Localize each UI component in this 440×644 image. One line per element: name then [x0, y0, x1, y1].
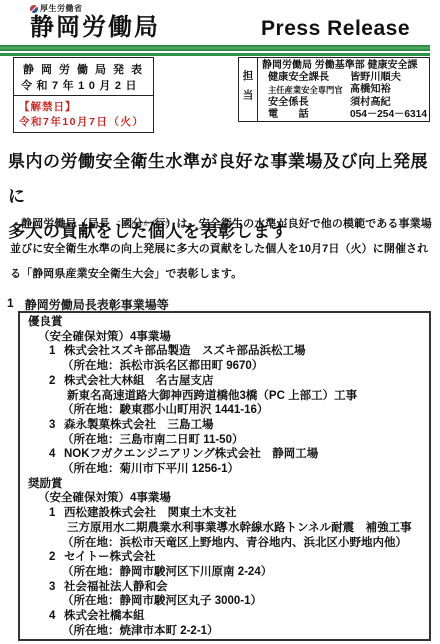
awards-box: 優良賞 （安全確保対策）4事業場 1 株式会社スズキ部品製造 スズキ部品浜松工場… — [18, 311, 431, 641]
entry-address: （所在地：三島市南二日町 11-50） — [28, 433, 429, 448]
award-group-title: 優良賞 — [28, 315, 429, 330]
ministry-name: 厚生労働省 — [40, 3, 83, 14]
contact-name: 髙橋知裕 — [350, 84, 391, 96]
contact-role-label: 担当 — [240, 70, 255, 109]
award-category: （安全確保対策）4事業場 — [28, 491, 429, 506]
green-divider-thin — [0, 53, 430, 56]
embargo-date: 令和7年10月7日（火） — [19, 114, 148, 129]
contact-row: 健康安全課長 皆野川順夫 — [262, 72, 427, 84]
press-release-page: 厚生労働省 静岡労働局 Press Release 静岡労働局発表 令和7年10… — [0, 0, 440, 644]
announce-box: 静岡労働局発表 令和7年10月2日 — [13, 57, 154, 96]
press-release-title: Press Release — [261, 17, 410, 41]
award-entry: 4 株式会社橋本組 — [28, 609, 429, 624]
entry-address: （所在地：浜松市天竜区上野地内、青谷地内、浜北区小野地内他） — [28, 536, 429, 551]
entry-name: 株式会社橋本組 — [64, 609, 145, 624]
mhlw-logo-icon — [30, 5, 38, 13]
contact-phone-label: 電 話 — [268, 109, 350, 121]
entry-number: 2 — [49, 374, 64, 389]
entry-address: （所在地：静岡市駿河区下川原南 2-24） — [28, 565, 429, 580]
contact-row: 主任産業安全専門官 髙橋知裕 — [262, 84, 427, 96]
contact-box: 担当 静岡労働局 労働基準部 健康安全課 健康安全課長 皆野川順夫 主任産業安全… — [238, 57, 430, 122]
entry-project: 新東名高速道路大御神西跨道橋他3橋（PC 上部工）工事 — [28, 389, 429, 404]
announce-date: 令和7年10月2日 — [19, 77, 148, 93]
contact-row: 安全係長 須村高紀 — [262, 97, 427, 109]
entry-number: 3 — [49, 580, 64, 595]
embargo-label: 【解禁日】 — [19, 99, 148, 114]
announcement-block: 静岡労働局発表 令和7年10月2日 【解禁日】 令和7年10月7日（火） — [13, 57, 154, 133]
contact-title: 安全係長 — [268, 97, 350, 109]
ministry-label: 厚生労働省 — [30, 3, 160, 14]
contact-name: 須村高紀 — [350, 97, 391, 109]
bureau-title: 静岡労働局 — [30, 15, 160, 41]
award-entry: 2 株式会社大林組 名古屋支店 — [28, 374, 429, 389]
contact-name: 皆野川順夫 — [350, 72, 401, 84]
entry-address: （所在地：焼津市本町 2-2-1） — [28, 624, 429, 639]
award-category: （安全確保対策）4事業場 — [28, 330, 429, 345]
contact-row: 電 話 054－254－6314 — [262, 109, 427, 121]
director-name-furigana: こくぶんかずゆき — [115, 211, 171, 236]
entry-number: 4 — [49, 609, 64, 624]
entry-number: 4 — [49, 447, 64, 462]
entry-name: 株式会社大林組 名古屋支店 — [64, 374, 214, 389]
contact-phone-number: 054－254－6314 — [350, 109, 427, 121]
entry-name: 社会福祉法人静和会 — [64, 580, 168, 595]
page-title-line1: 県内の労働安全衛生水準が良好な事業場及び向上発展に — [8, 144, 438, 214]
entry-address: （所在地：菊川市下平川 1256-1） — [28, 462, 429, 477]
entry-address: （所在地：駿東郡小山町用沢 1441-16） — [28, 403, 429, 418]
award-entry: 4 NOKフガクエンジニアリング株式会社 静岡工場 — [28, 447, 429, 462]
entry-number: 2 — [49, 550, 64, 565]
entry-name: NOKフガクエンジニアリング株式会社 静岡工場 — [64, 447, 318, 462]
section-number: 1 — [7, 296, 14, 313]
entry-address: （所在地：静岡市駿河区丸子 3000-1） — [28, 594, 429, 609]
entry-number: 1 — [49, 506, 64, 521]
contact-title: 健康安全課長 — [268, 72, 350, 84]
entry-project: 三方原用水二期農業水利事業導水幹線水路トンネル耐震 補強工事 — [28, 521, 429, 536]
award-entry: 2 セイトー株式会社 — [28, 550, 429, 565]
body-text-before: 静岡労働局（局長 — [10, 218, 121, 230]
entry-name: 森永製菓株式会社 三島工場 — [64, 418, 214, 433]
entry-name: 西松建設株式会社 関東土木支社 — [64, 506, 237, 521]
contact-details: 静岡労働局 労働基準部 健康安全課 健康安全課長 皆野川順夫 主任産業安全専門官… — [258, 58, 429, 121]
award-group-title: 奨励賞 — [28, 477, 429, 492]
embargo-box: 【解禁日】 令和7年10月7日（火） — [13, 96, 154, 133]
contact-title: 主任産業安全専門官 — [268, 84, 350, 96]
award-entry: 3 社会福祉法人静和会 — [28, 580, 429, 595]
award-entry: 1 西松建設株式会社 関東土木支社 — [28, 506, 429, 521]
entry-number: 3 — [49, 418, 64, 433]
contact-role-cell: 担当 — [239, 58, 258, 121]
contact-department: 静岡労働局 労働基準部 健康安全課 — [262, 60, 427, 72]
entry-name: セイトー株式会社 — [64, 550, 156, 565]
green-divider — [0, 45, 430, 56]
body-paragraph: 静岡労働局（局長 こくぶんかずゆき國分一行）は、安全衛生の水準が良好で他の模範で… — [10, 212, 434, 287]
award-entry: 1 株式会社スズキ部品製造 スズキ部品浜松工場 — [28, 344, 429, 359]
entry-name: 株式会社スズキ部品製造 スズキ部品浜松工場 — [64, 344, 306, 359]
logo-block: 厚生労働省 静岡労働局 — [30, 3, 160, 41]
director-name: こくぶんかずゆき國分一行 — [121, 218, 165, 230]
award-entry: 3 森永製菓株式会社 三島工場 — [28, 418, 429, 433]
announce-issuer: 静岡労働局発表 — [19, 61, 148, 77]
entry-number: 1 — [49, 344, 64, 359]
entry-address: （所在地：浜松市浜名区都田町 9670） — [28, 359, 429, 374]
